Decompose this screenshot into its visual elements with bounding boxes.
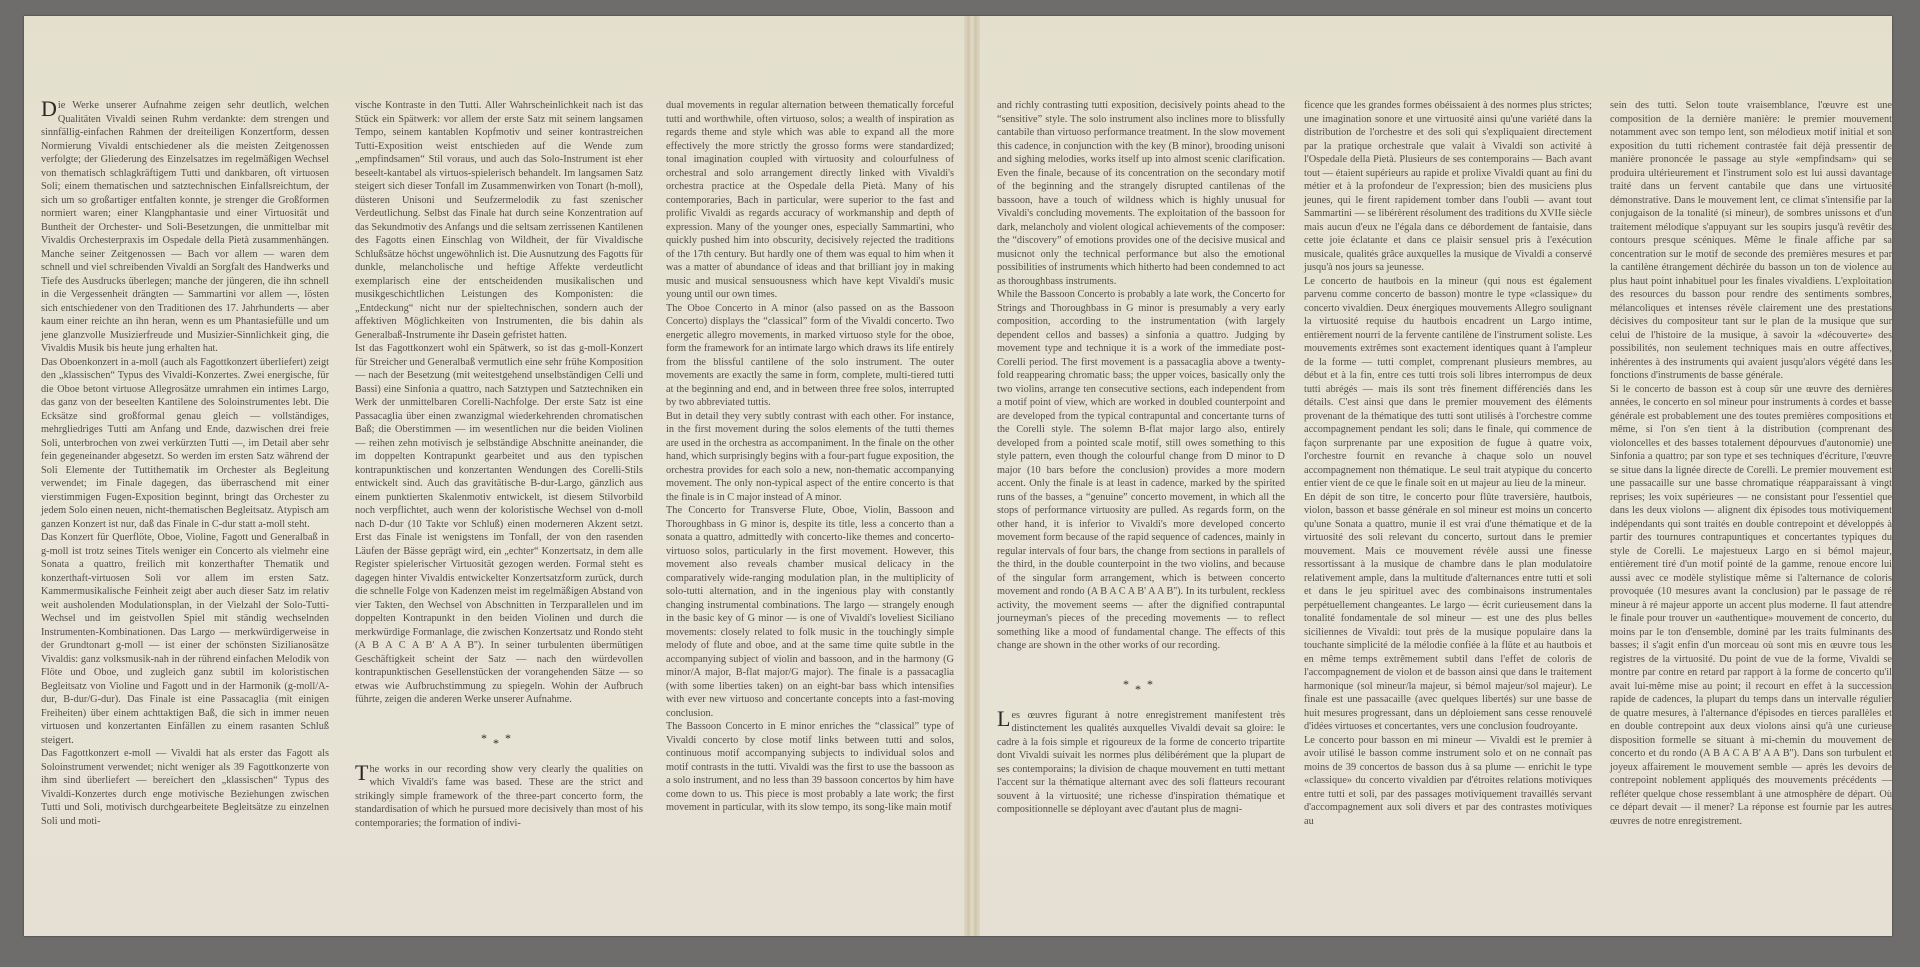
paragraph: dual movements in regular alternation be… <box>666 99 954 302</box>
text-column-2: vische Kontraste in den Tutti. Aller Wah… <box>355 99 643 830</box>
text-column-3-english: dual movements in regular alternation be… <box>666 99 954 815</box>
paragraph: While the Bassoon Concerto is probably a… <box>997 288 1285 653</box>
paragraph: ficence que les grandes formes obéissaie… <box>1304 99 1592 275</box>
paragraph: The Bassoon Concerto in E minor enriches… <box>666 720 954 815</box>
asterism-divider: *** <box>355 733 643 743</box>
paragraph: Das Konzert für Querflöte, Oboe, Violine… <box>41 531 329 747</box>
paragraph: Le concerto de hautbois en la mineur (qu… <box>1304 275 1592 491</box>
paragraph: Die Werke unserer Aufnahme zeigen sehr d… <box>41 99 329 356</box>
paragraph: Le concerto pour basson en mi mineur — V… <box>1304 734 1592 829</box>
paragraph: sein des tutti. Selon toute vraisemblanc… <box>1610 99 1892 383</box>
paragraph: But in detail they very subtly contrast … <box>666 410 954 505</box>
text-column-1-german: Die Werke unserer Aufnahme zeigen sehr d… <box>41 99 329 828</box>
drop-cap: L <box>997 711 1010 727</box>
paragraph: Si le concerto de basson est à coup sûr … <box>1610 383 1892 829</box>
paragraph: En dépit de son titre, le concerto pour … <box>1304 491 1592 734</box>
text-column-5-french: ficence que les grandes formes obéissaie… <box>1304 99 1592 828</box>
paragraph: Les œuvres figurant à notre enregistreme… <box>997 709 1285 817</box>
paragraph: Ist das Fagottkonzert wohl ein Spätwerk,… <box>355 342 643 707</box>
paragraph: The Oboe Concerto in A minor (also passe… <box>666 302 954 410</box>
paragraph: The Concerto for Transverse Flute, Oboe,… <box>666 504 954 720</box>
liner-notes-sheet: Die Werke unserer Aufnahme zeigen sehr d… <box>24 16 1892 936</box>
gatefold-spine <box>964 16 980 936</box>
drop-cap: D <box>41 101 57 117</box>
paragraph: Das Oboenkonzert in a-moll (auch als Fag… <box>41 356 329 532</box>
drop-cap: T <box>355 765 368 781</box>
text-column-4: and richly contrasting tutti exposition,… <box>997 99 1285 817</box>
paragraph: and richly contrasting tutti exposition,… <box>997 99 1285 288</box>
paragraph: Das Fagottkonzert e-moll — Vivaldi hat a… <box>41 747 329 828</box>
asterism-divider: *** <box>997 679 1285 689</box>
text-column-6-french: sein des tutti. Selon toute vraisemblanc… <box>1610 99 1892 828</box>
paragraph: vische Kontraste in den Tutti. Aller Wah… <box>355 99 643 342</box>
paragraph: The works in our recording show very cle… <box>355 763 643 831</box>
